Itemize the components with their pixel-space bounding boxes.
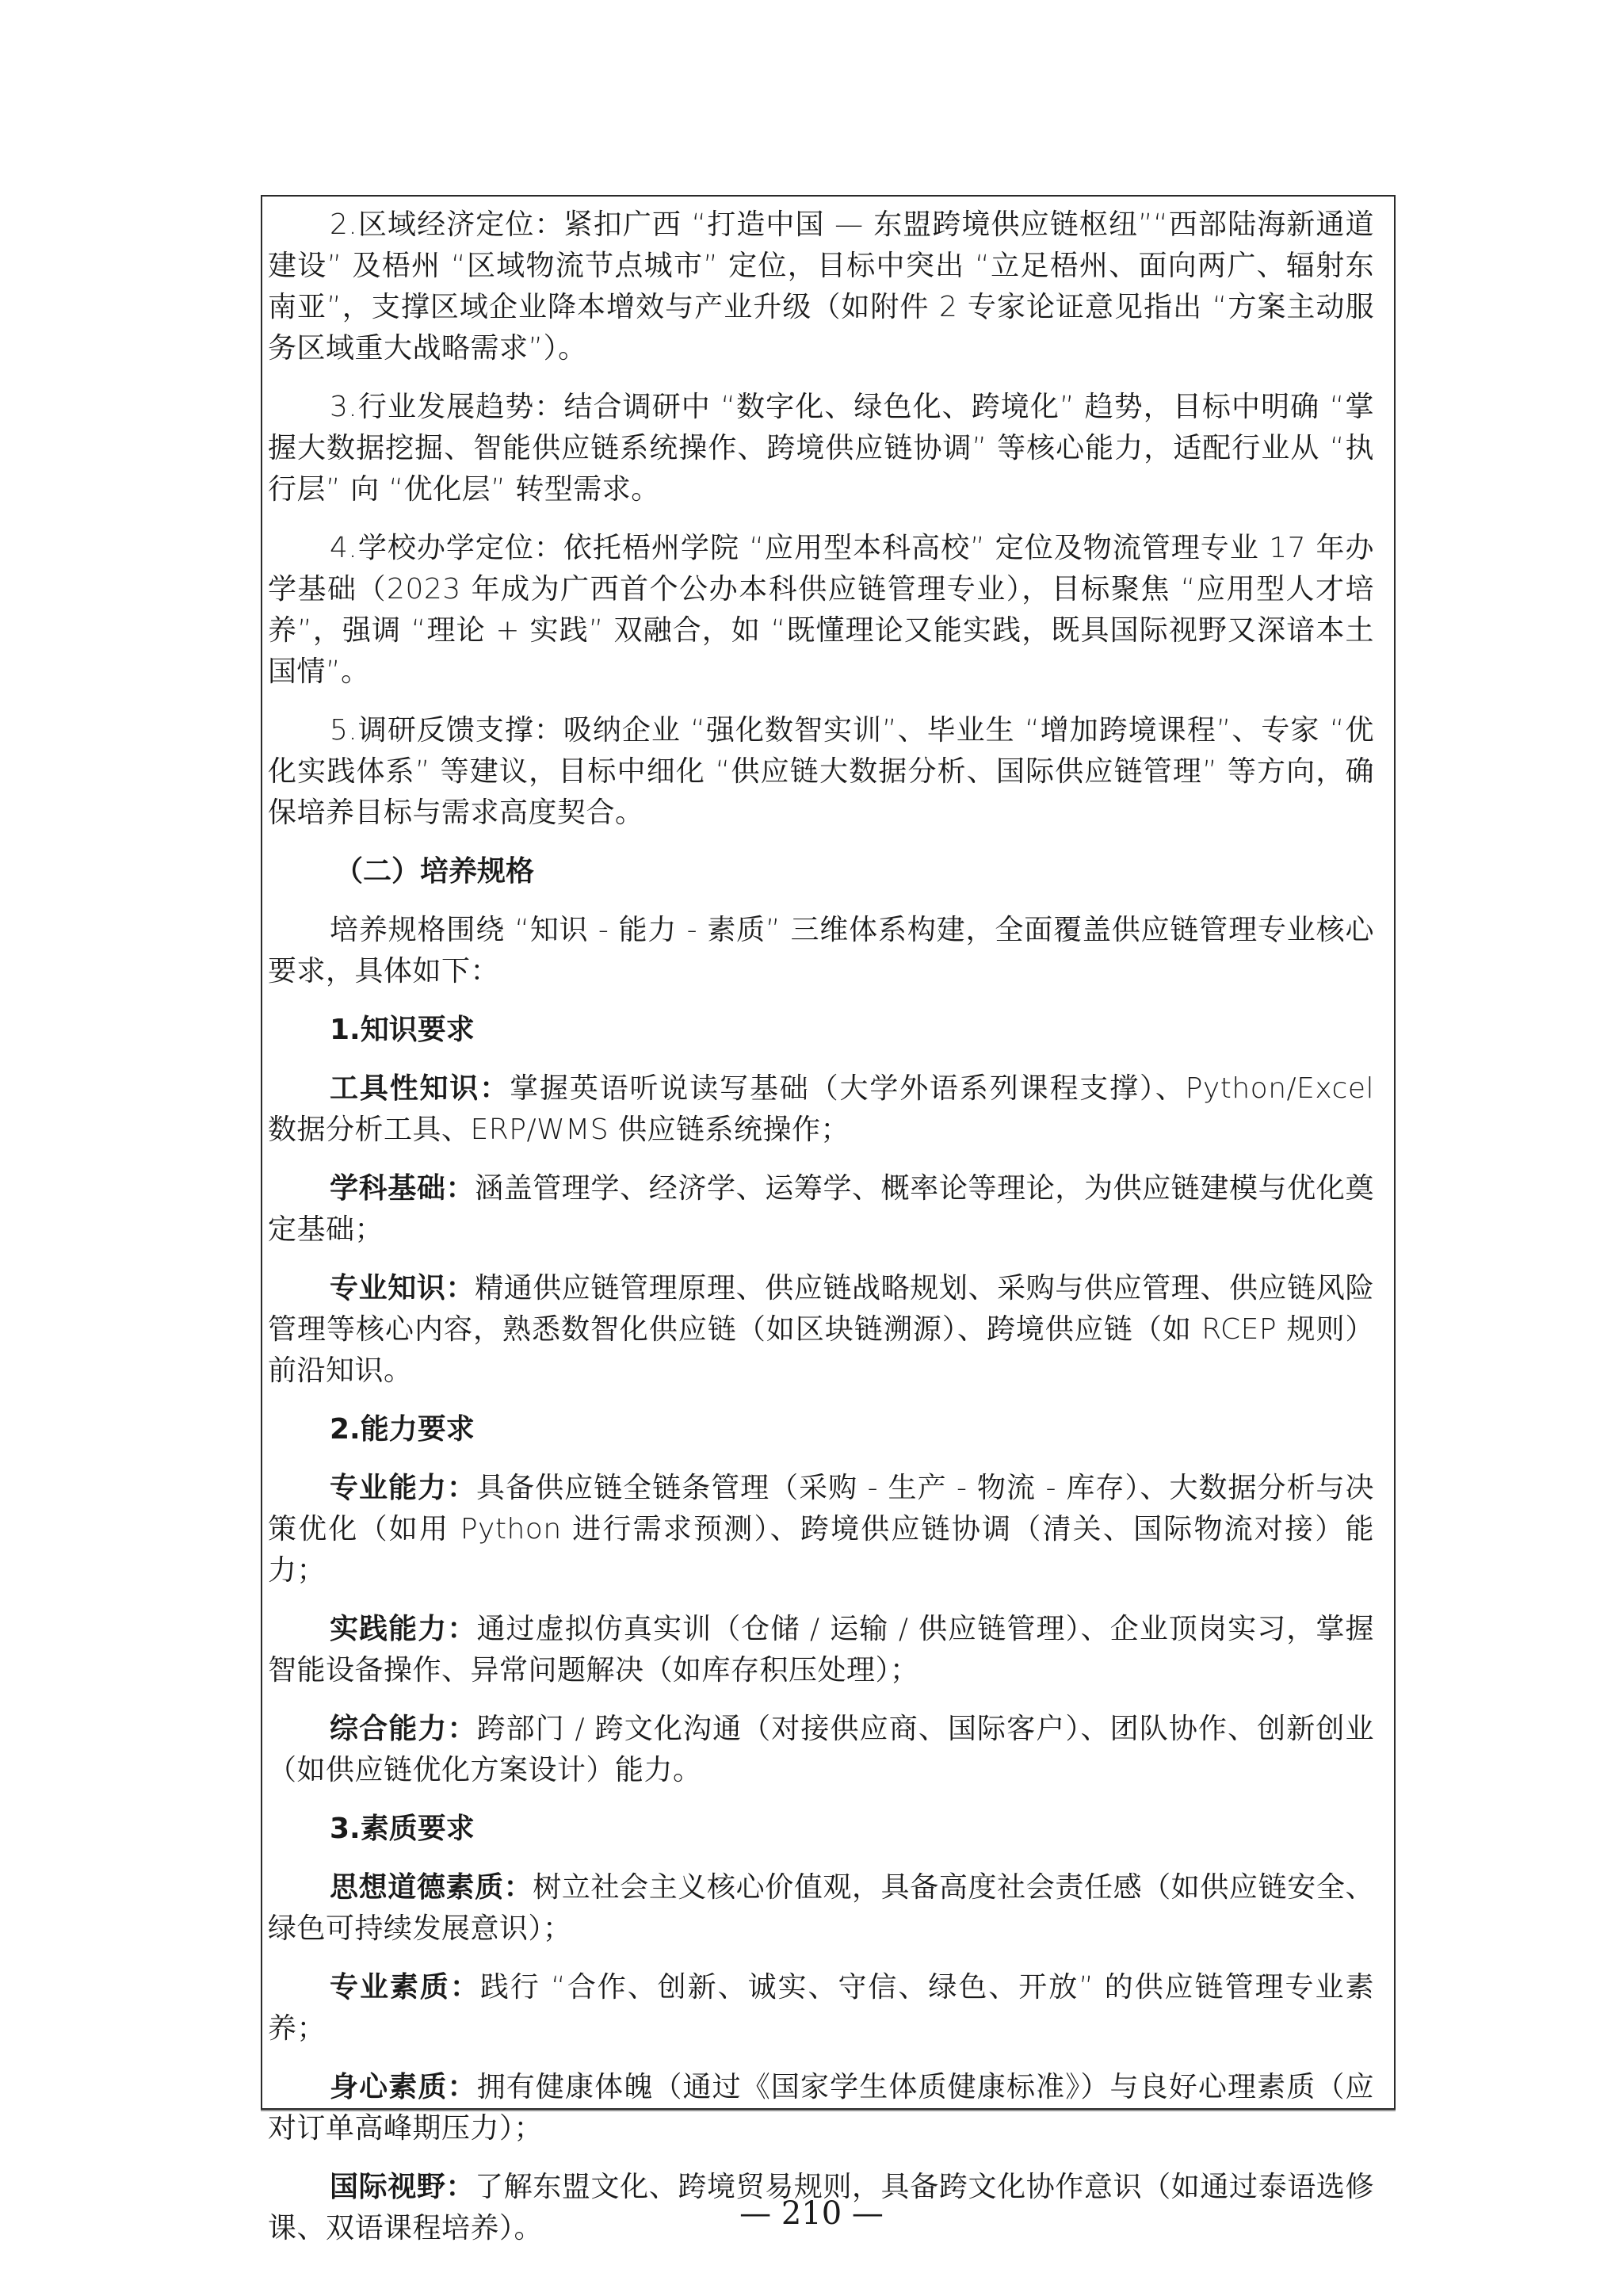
section-intro: 培养规格围绕 “知识 - 能力 - 素质” 三维体系构建，全面覆盖供应链管理专业… — [268, 910, 1374, 992]
paragraph-regional-economy: 2.区域经济定位：紧扣广西 “打造中国 — 东盟跨境供应链枢纽”“西部陆海新通道… — [268, 204, 1374, 369]
paragraph-industry-trend: 3.行业发展趋势：结合调研中 “数字化、绿色化、跨境化” 趋势，目标中明确 “掌… — [268, 387, 1374, 510]
item-lead: 实践能力： — [330, 1613, 476, 1645]
page-number: — 210 — — [0, 2195, 1623, 2232]
document-body: 2.区域经济定位：紧扣广西 “打造中国 — 东盟跨境供应链枢纽”“西部陆海新通道… — [268, 200, 1374, 2267]
item-lead: 思想道德素质： — [330, 1871, 533, 1904]
item-lead: 专业能力： — [330, 1472, 476, 1504]
ability-item: 实践能力：通过虚拟仿真实训（仓储 / 运输 / 供应链管理）、企业顶岗实习，掌握… — [268, 1609, 1374, 1691]
knowledge-item: 学科基础：涵盖管理学、经济学、运筹学、概率论等理论，为供应链建模与优化奠定基础； — [268, 1168, 1374, 1251]
ability-item: 综合能力：跨部门 / 跨文化沟通（对接供应商、国际客户）、团队协作、创新创业（如… — [268, 1709, 1374, 1791]
quality-item: 思想道德素质：树立社会主义核心价值观，具备高度社会责任感（如供应链安全、绿色可持… — [268, 1867, 1374, 1950]
quality-item: 身心素质：拥有健康体魄（通过《国家学生体质健康标准》）与良好心理素质（应对订单高… — [268, 2067, 1374, 2149]
knowledge-item: 专业知识：精通供应链管理原理、供应链战略规划、采购与供应管理、供应链风险管理等核… — [268, 1268, 1374, 1392]
item-lead: 专业素质： — [330, 1971, 480, 2004]
group-heading-knowledge: 1.知识要求 — [268, 1010, 1374, 1051]
item-lead: 工具性知识： — [330, 1072, 510, 1105]
item-lead: 学科基础： — [330, 1172, 475, 1205]
item-lead: 综合能力： — [330, 1713, 477, 1745]
section-heading: （二）培养规格 — [268, 851, 1374, 892]
group-heading-quality: 3.素质要求 — [268, 1809, 1374, 1850]
paragraph-survey-feedback: 5.调研反馈支撑：吸纳企业 “强化数智实训”、毕业生 “增加跨境课程”、专家 “… — [268, 710, 1374, 834]
knowledge-item: 工具性知识：掌握英语听说读写基础（大学外语系列课程支撑）、Python/Exce… — [268, 1068, 1374, 1151]
paragraph-school-positioning: 4.学校办学定位：依托梧州学院 “应用型本科高校” 定位及物流管理专业 17 年… — [268, 528, 1374, 693]
quality-item: 专业素质：践行 “合作、创新、诚实、守信、绿色、开放” 的供应链管理专业素养； — [268, 1967, 1374, 2050]
item-lead: 专业知识： — [330, 1272, 475, 1305]
item-lead: 身心素质： — [330, 2071, 477, 2103]
group-heading-ability: 2.能力要求 — [268, 1409, 1374, 1450]
ability-item: 专业能力：具备供应链全链条管理（采购 - 生产 - 物流 - 库存）、大数据分析… — [268, 1468, 1374, 1591]
